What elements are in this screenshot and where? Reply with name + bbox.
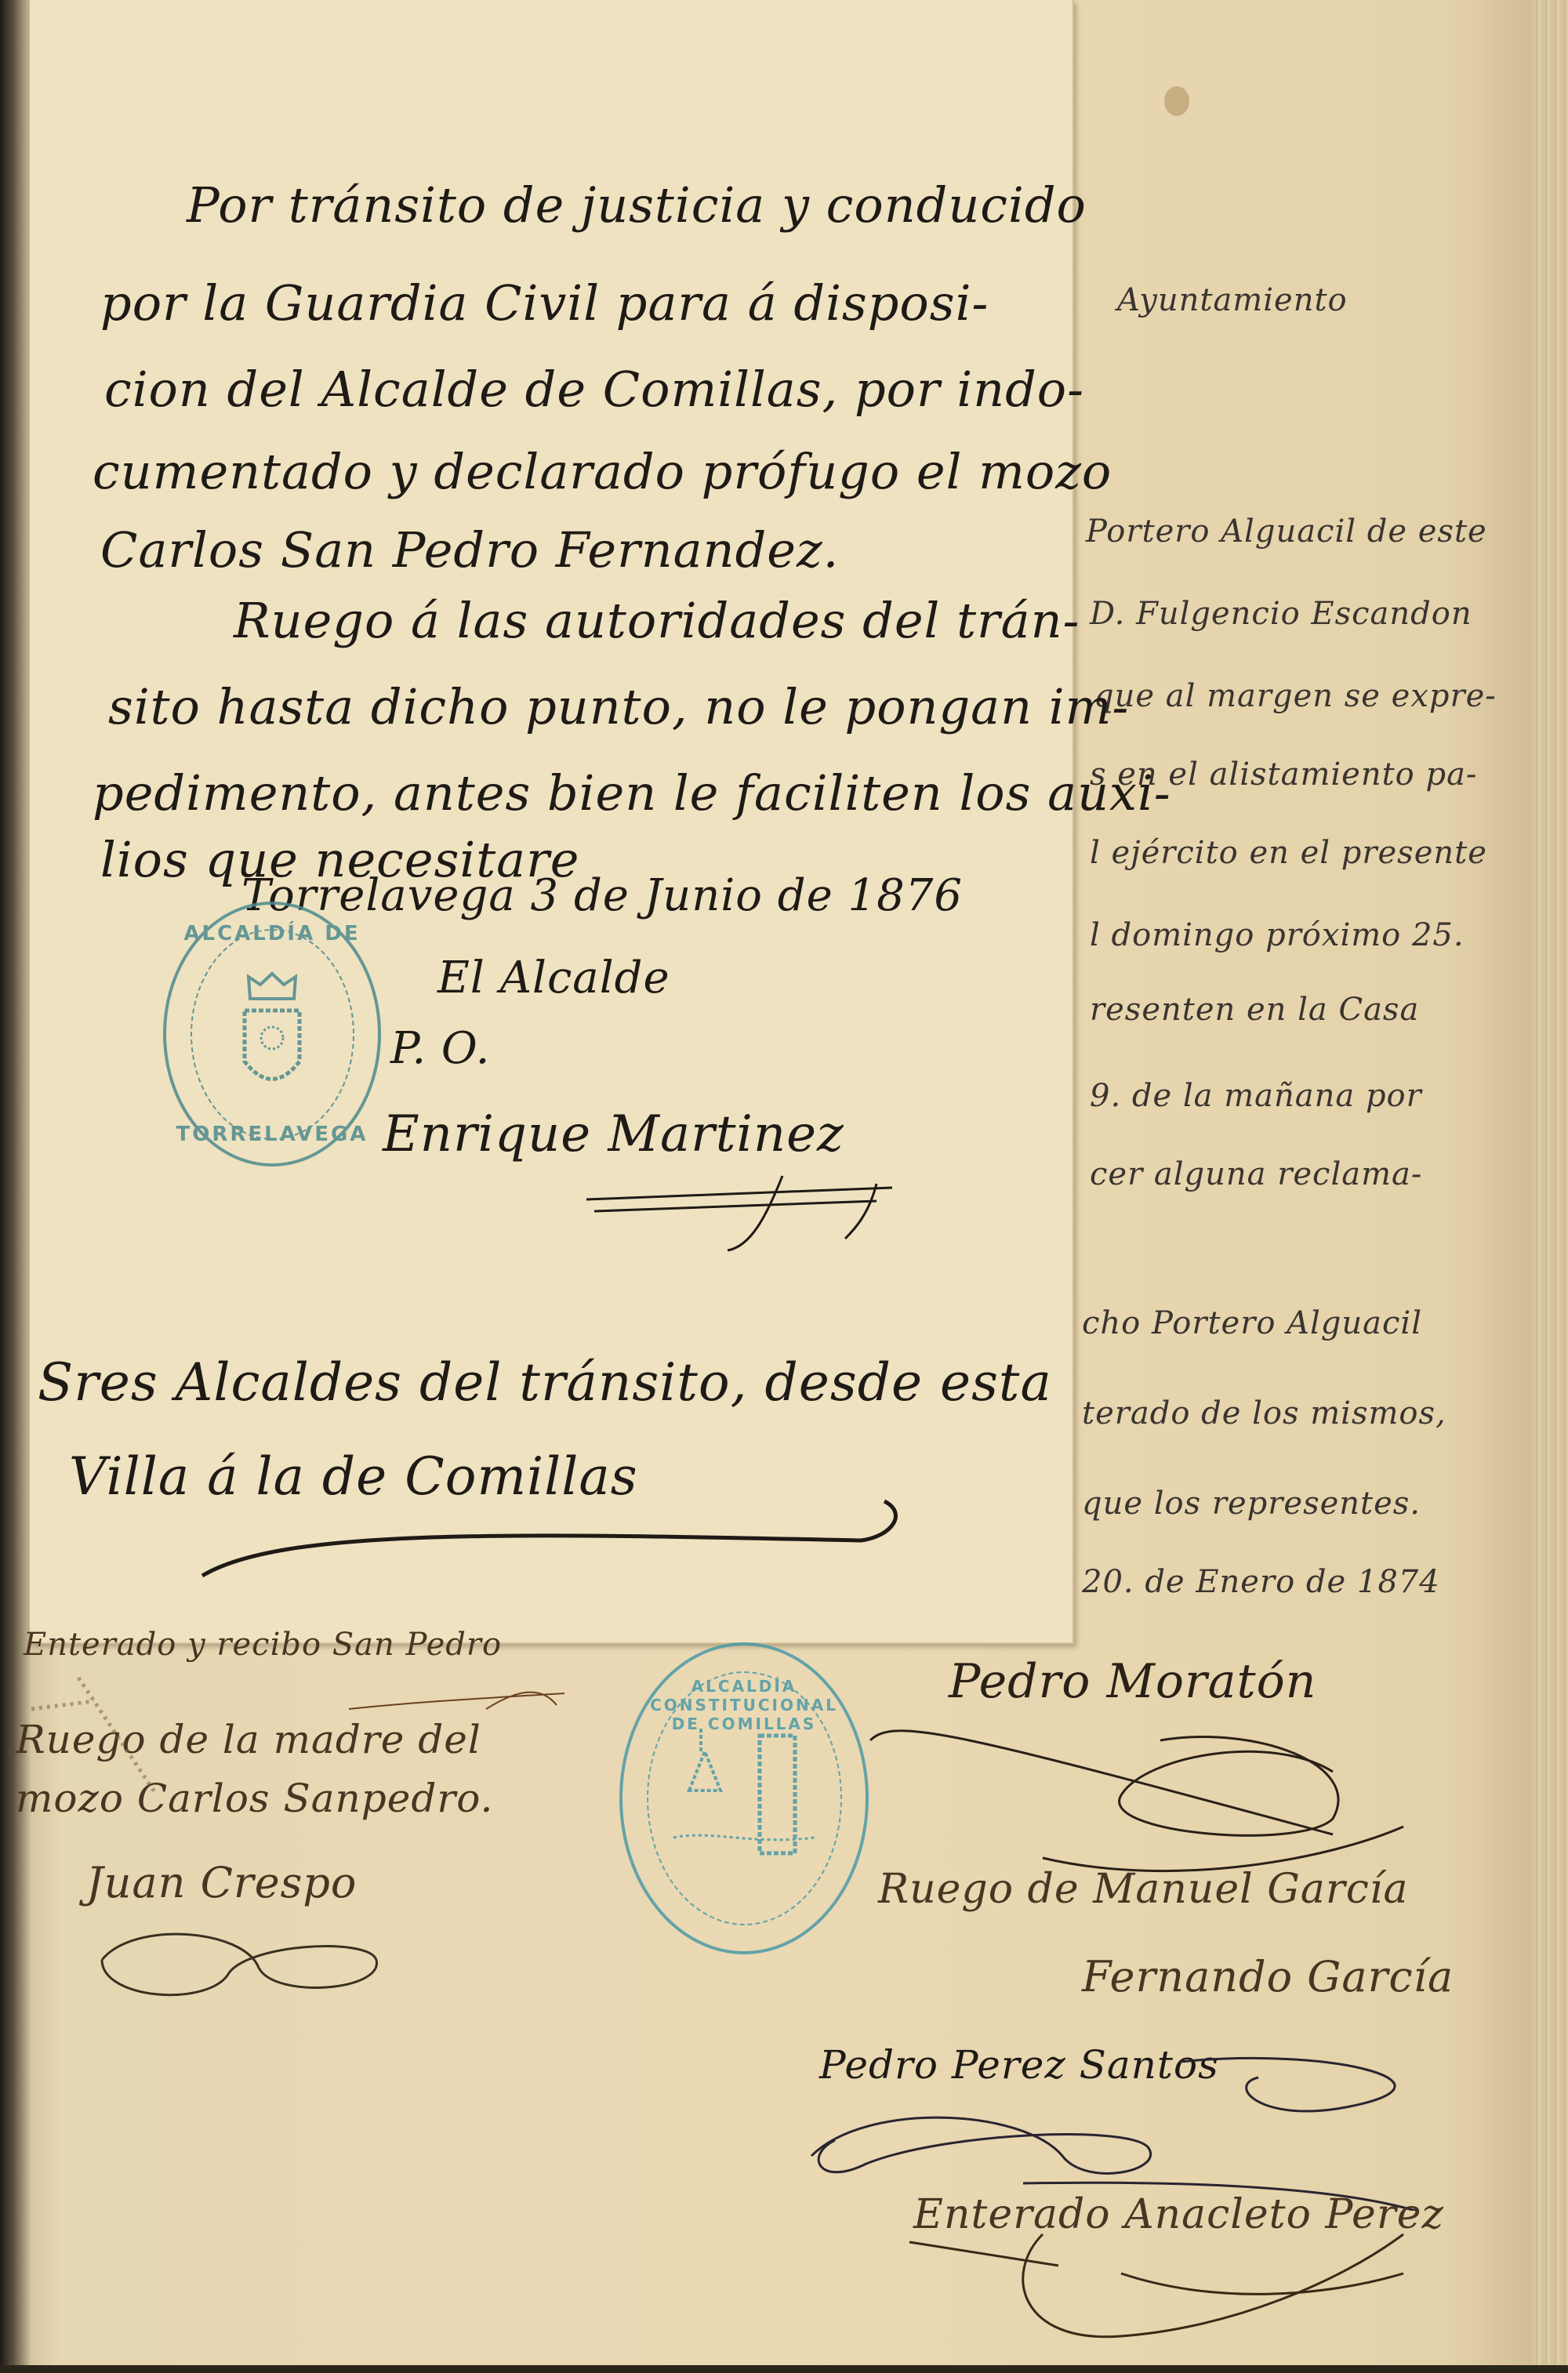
enterado-flourish (902, 2226, 1466, 2360)
ledger-line: cho Portero Alguacil (1082, 1305, 1422, 1341)
transit-slip: Por tránsito de justicia y conducido por… (30, 0, 1074, 1644)
signature-po: P. O. (390, 1023, 490, 1074)
signature-flourish (579, 1152, 908, 1254)
ledger-line: terado de los mismos, (1082, 1395, 1446, 1431)
bottom-edge (0, 2365, 1568, 2373)
ruego-line: Ruego de Manuel García (878, 1866, 1408, 1913)
slip-body-line: Ruego á las autoridades del trán- (234, 592, 1080, 649)
slip-body-line: Por tránsito de justicia y conducido (187, 176, 1087, 234)
ledger-line: D. Fulgencio Escandon (1090, 596, 1472, 632)
slip-body-line: Carlos San Pedro Fernandez. (100, 521, 839, 579)
faded-stamp (0, 1654, 204, 1827)
ledger-line: 9. de la mañana por (1090, 1078, 1422, 1114)
comillas-stamp: ALCALDÍA CONSTITUCIONAL DE COMILLAS (619, 1642, 869, 1954)
slip-body-line: por la Guardia Civil para á disposi- (100, 274, 989, 332)
address-line: Sres Alcaldes del tránsito, desde esta (38, 1352, 1052, 1413)
ledger-line: cer alguna reclama- (1090, 1156, 1422, 1192)
ledger-line: Ayuntamiento (1117, 282, 1348, 318)
juan-crespo-flourish (86, 1913, 400, 2007)
stamp-top-text: ALCALDÍA DE (183, 922, 360, 945)
ink-stain (1164, 86, 1189, 116)
torrelavega-stamp: ALCALDÍA DE TORRELAVEGA (163, 902, 381, 1167)
ledger-line: l ejército en el presente (1090, 835, 1487, 871)
ledger-line: que al margen se expre- (1094, 678, 1497, 714)
slip-date: Torrelavega 3 de Junio de 1876 (241, 870, 963, 921)
address-underline-flourish (187, 1497, 931, 1591)
slip-body-line: pedimento, antes bien le faciliten los a… (93, 764, 1171, 822)
slip-body-line: cion del Alcalde de Comillas, por indo- (104, 361, 1084, 418)
fernando-garcia-signature: Fernando García (1082, 1952, 1454, 2001)
ledger-line: Portero Alguacil de este (1086, 513, 1487, 550)
slip-body-line: sito hasta dicho punto, no le pongan im- (108, 678, 1129, 735)
ledger-line: 20. de Enero de 1874 (1082, 1564, 1440, 1600)
slip-body-line: cumentado y declarado prófugo el mozo (93, 443, 1112, 500)
signature-title: El Alcalde (437, 952, 670, 1003)
binding-shadow (0, 0, 31, 2373)
ledger-line: que los representes. (1082, 1486, 1421, 1522)
comillas-stamp-text: ALCALDÍA CONSTITUCIONAL DE COMILLAS (635, 1677, 854, 1733)
pedro-perez-flourish (788, 2038, 1494, 2211)
ledger-line: l domingo próximo 25. (1090, 917, 1465, 953)
page-edges (1532, 0, 1568, 2373)
ledger-line: resenten en la Casa (1090, 992, 1419, 1028)
juan-crespo-signature: Juan Crespo (86, 1858, 357, 1907)
stamp-bottom-text: TORRELAVEGA (176, 1123, 368, 1146)
